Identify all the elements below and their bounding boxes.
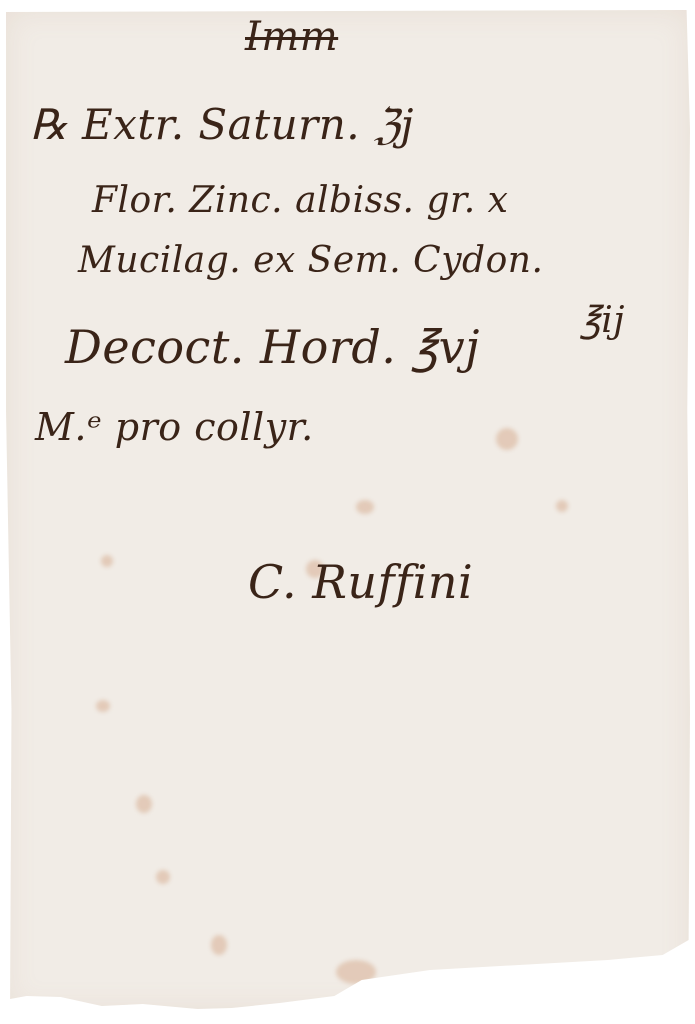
signature: C. Ruffini	[248, 555, 473, 609]
paper-sheet	[6, 10, 690, 1010]
recipe-line: ℞ Extr. Saturn. ℨj	[30, 100, 414, 149]
mucilage-line: Mucilag. ex Sem. Cydon.	[78, 240, 543, 281]
stain	[101, 555, 113, 567]
decoction-line: Decoct. Hord. ℥vj	[65, 320, 480, 374]
stain	[136, 795, 152, 813]
struck-header: Imm	[245, 14, 338, 60]
stain	[356, 500, 374, 514]
stain	[496, 428, 518, 450]
mucilage-quantity: ℥ij	[580, 300, 625, 341]
stain	[156, 870, 170, 884]
stain	[556, 500, 568, 512]
stain	[336, 960, 376, 984]
instruction-line: M.ᵉ pro collyr.	[35, 405, 314, 449]
zinc-line: Flor. Zinc. albiss. gr. x	[92, 180, 508, 221]
stain	[211, 935, 227, 955]
stain	[96, 700, 110, 712]
